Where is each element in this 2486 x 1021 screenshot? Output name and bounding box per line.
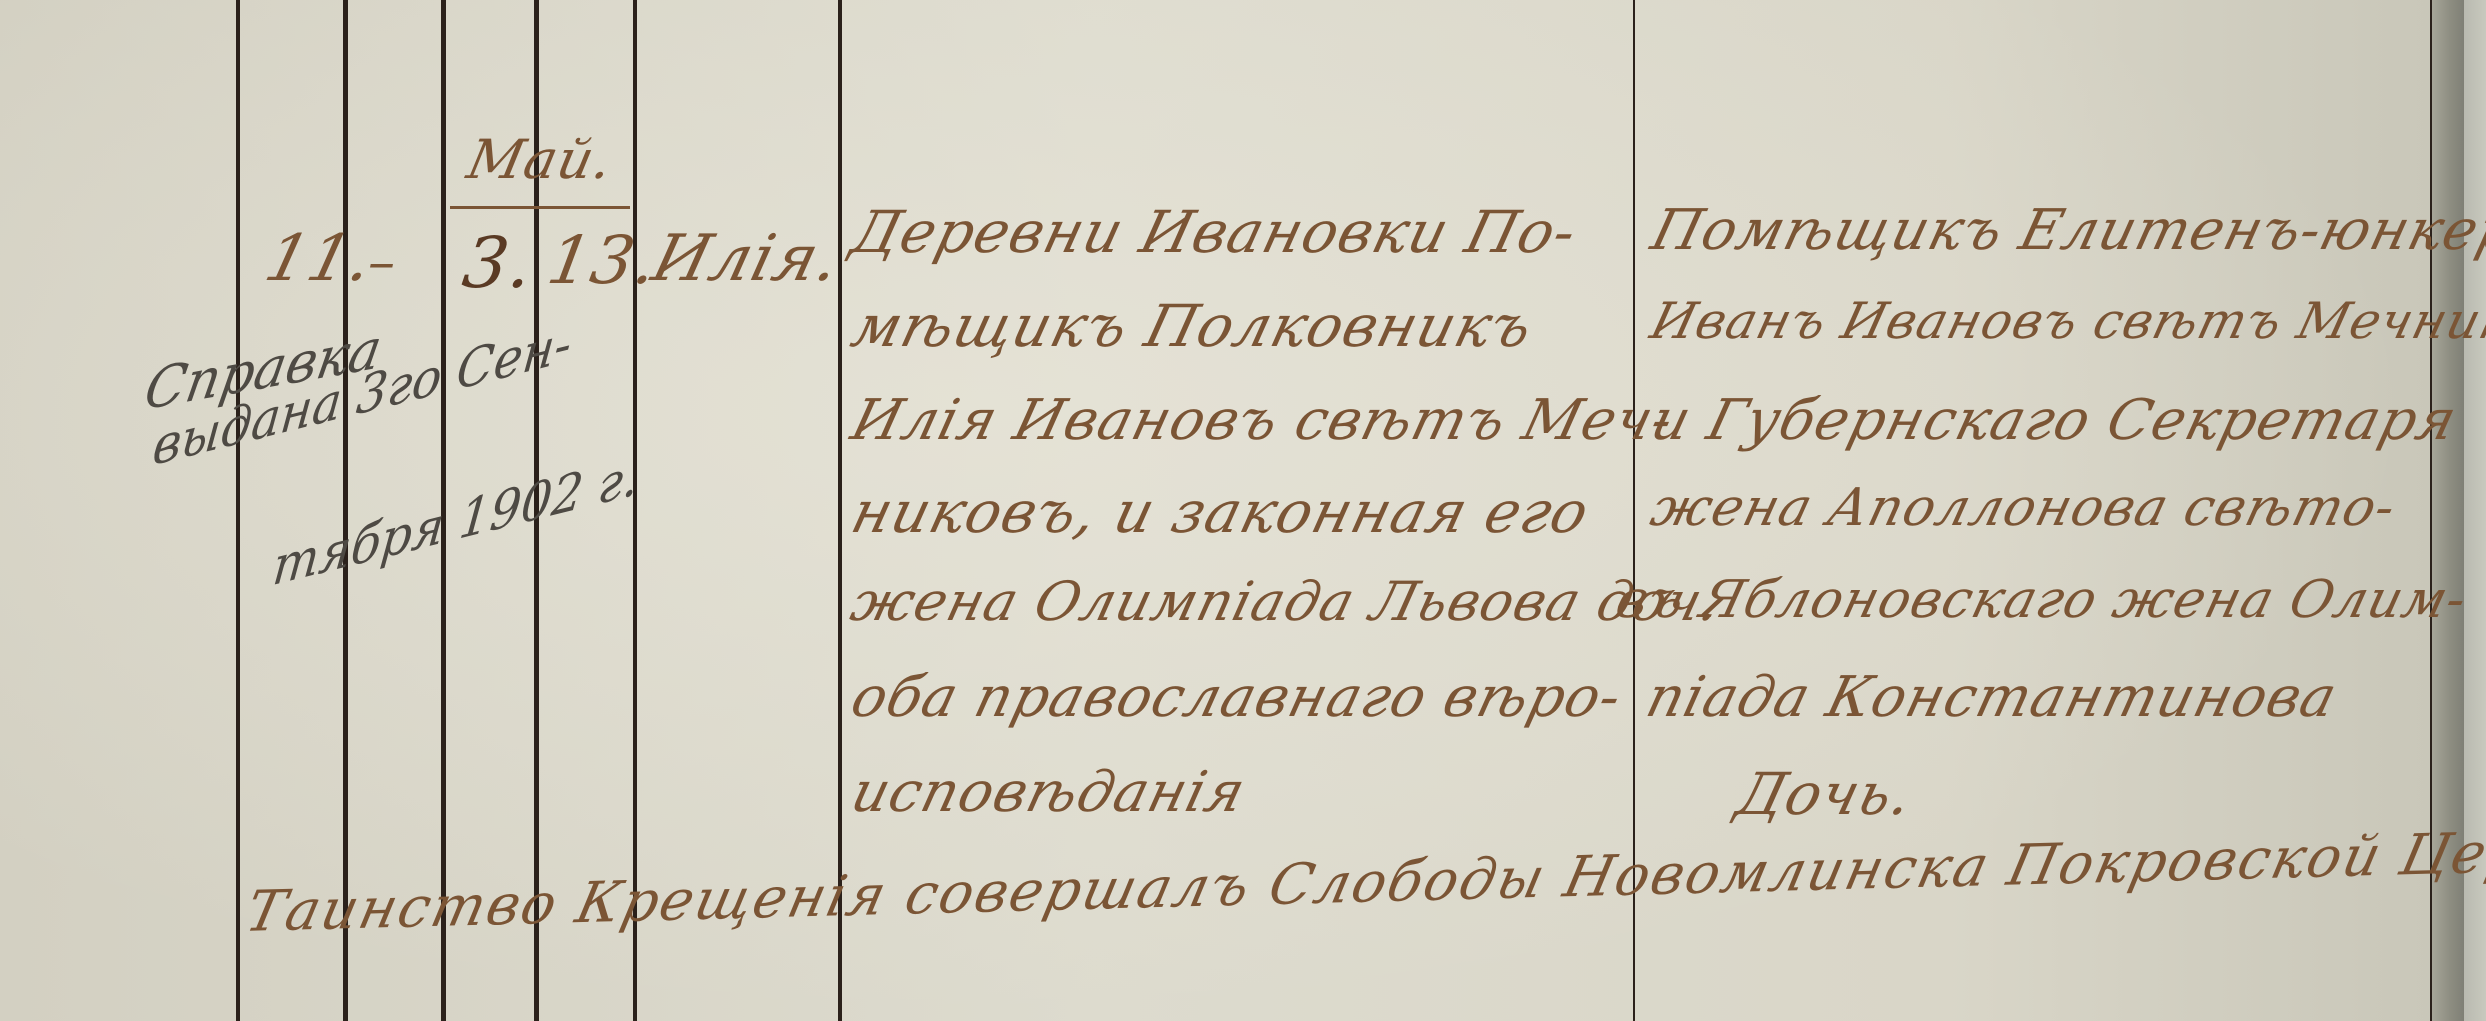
- parents-line-3: Илія Ивановъ свѣтъ Меч-: [845, 388, 1680, 453]
- godparents-line-7: Дочь.: [1730, 760, 1920, 828]
- record-number: 11.: [258, 222, 381, 296]
- record-dash: –: [368, 230, 396, 293]
- month-underline: [450, 206, 630, 209]
- godparents-line-1: Помѣщикъ Елитенъ-юнкеръ: [1645, 198, 2486, 263]
- birth-day: 3.: [458, 222, 538, 304]
- parents-line-4: никовъ, и законная его: [845, 478, 1596, 546]
- column-rule-2: [343, 0, 348, 1021]
- child-name: Илія.: [645, 222, 848, 296]
- baptism-day: 13.: [542, 222, 664, 299]
- parents-line-7: исповѣданія: [845, 760, 1252, 825]
- godparents-line-4: жена Аполлонова свѣто-: [1645, 478, 2402, 538]
- parents-line-6: оба православнаго вѣро-: [845, 665, 1628, 730]
- godparents-line-5: въ Яблоновскаго жена Олим-: [1610, 570, 2473, 630]
- godparents-line-6: піада Константинова: [1640, 665, 2344, 730]
- month-header: Май.: [462, 128, 619, 191]
- parents-line-1: Деревни Ивановки По-: [845, 198, 1584, 266]
- parents-line-2: мѣщикъ Полковникъ: [845, 292, 1540, 360]
- column-rule-5: [633, 0, 637, 1021]
- godparents-line-2: Иванъ Ивановъ свѣтъ Мечниковъ,: [1645, 292, 2486, 350]
- godparents-line-3: и Губернскаго Секретаря: [1645, 388, 2464, 453]
- parents-line-5: жена Олимпіада Львова доч.: [845, 570, 1728, 633]
- column-rule-1: [236, 0, 240, 1021]
